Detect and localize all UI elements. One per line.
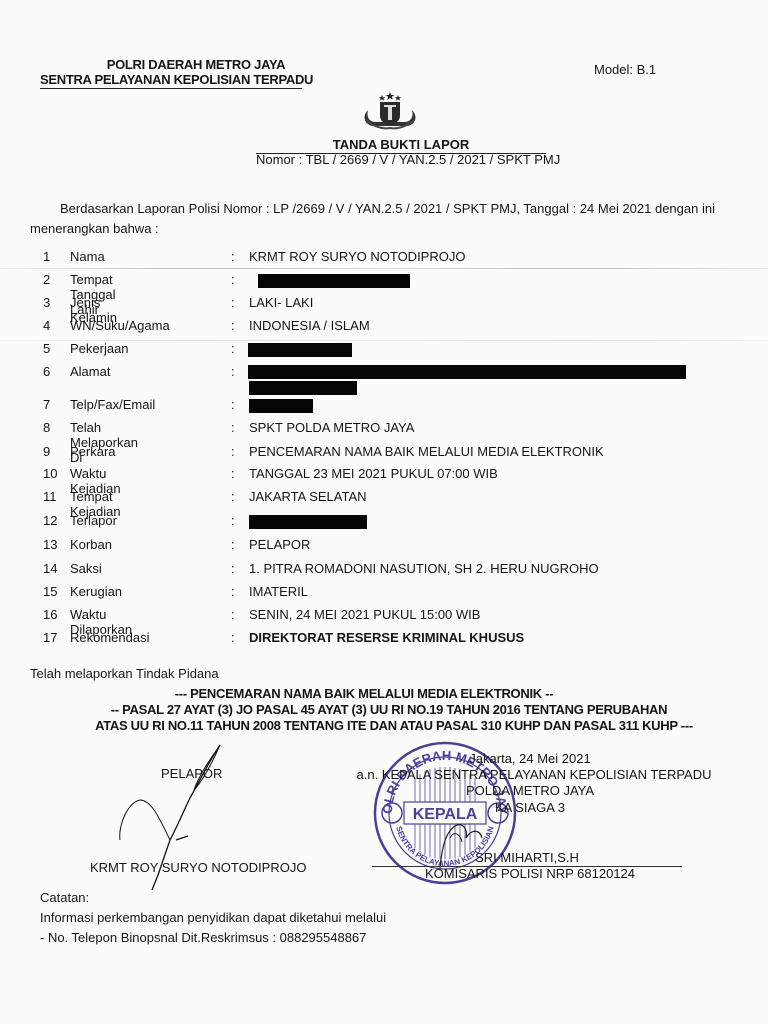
redaction-bar [249, 399, 313, 413]
offense-intro: Telah melaporkan Tindak Pidana [30, 666, 219, 681]
field-value: PENCEMARAN NAMA BAIK MELALUI MEDIA ELEKT… [249, 444, 604, 459]
field-number: 2 [43, 272, 50, 287]
field-label: Saksi [70, 561, 102, 576]
field-value: PELAPOR [249, 537, 310, 552]
field-colon: : [231, 364, 235, 379]
field-label: Telp/Fax/Email [70, 397, 155, 412]
field-number: 14 [43, 561, 57, 576]
field-number: 1 [43, 249, 50, 264]
redaction-bar [258, 274, 410, 288]
place-date: Jakarta, 24 Mei 2021 [370, 751, 690, 766]
field-value: LAKI- LAKI [249, 295, 313, 310]
field-colon: : [231, 295, 235, 310]
org-name-line1: POLRI DAERAH METRO JAYA [0, 57, 396, 72]
field-colon: : [231, 537, 235, 552]
field-colon: : [231, 513, 235, 528]
field-colon: : [231, 561, 235, 576]
redaction-bar [248, 343, 352, 357]
field-label: Kerugian [70, 584, 122, 599]
officer-position: KA SIAGA 3 [370, 800, 690, 815]
field-number: 17 [43, 630, 57, 645]
field-label: Alamat [70, 364, 110, 379]
reporter-name: KRMT ROY SURYO NOTODIPROJO [90, 860, 306, 875]
unit-name: POLDA METRO JAYA [370, 783, 690, 798]
officer-name: SRI MIHARTI,S.H [372, 850, 682, 867]
redaction-bar [248, 365, 686, 379]
offense-line-3: ATAS UU RI NO.11 TAHUN 2008 TENTANG ITE … [10, 718, 768, 733]
field-label: Terlapor [70, 513, 117, 528]
field-label: WN/Suku/Agama [70, 318, 170, 333]
notes-line-2: - No. Telepon Binopsnal Dit.Reskrimsus :… [40, 930, 366, 945]
org-name-line2: SENTRA PELAYANAN KEPOLISIAN TERPADU [40, 72, 302, 89]
field-number: 15 [43, 584, 57, 599]
field-value: SENIN, 24 MEI 2021 PUKUL 15:00 WIB [249, 607, 480, 622]
officer-rank: KOMISARIS POLISI NRP 68120124 [385, 866, 675, 881]
field-number: 9 [43, 444, 50, 459]
field-colon: : [231, 444, 235, 459]
field-colon: : [231, 489, 235, 504]
field-number: 10 [43, 466, 57, 481]
document-number: Nomor : TBL / 2669 / V / YAN.2.5 / 2021 … [256, 152, 546, 167]
field-number: 13 [43, 537, 57, 552]
field-colon: : [231, 584, 235, 599]
field-colon: : [231, 318, 235, 333]
field-value: DIREKTORAT RESERSE KRIMINAL KHUSUS [249, 630, 524, 645]
field-value: JAKARTA SELATAN [249, 489, 367, 504]
intro-paragraph: Berdasarkan Laporan Polisi Nomor : LP /2… [30, 199, 730, 239]
field-label: Korban [70, 537, 112, 552]
field-number: 11 [43, 489, 57, 504]
field-colon: : [231, 420, 235, 435]
field-label: Perkara [70, 444, 116, 459]
field-value: IMATERIL [249, 584, 308, 599]
field-label: Nama [70, 249, 105, 264]
field-number: 7 [43, 397, 50, 412]
field-number: 6 [43, 364, 50, 379]
field-colon: : [231, 466, 235, 481]
field-number: 16 [43, 607, 57, 622]
redaction-bar [249, 515, 367, 529]
field-value: 1. PITRA ROMADONI NASUTION, SH 2. HERU N… [249, 561, 599, 576]
offense-line-1: --- PENCEMARAN NAMA BAIK MELALUI MEDIA E… [0, 686, 748, 701]
field-value: SPKT POLDA METRO JAYA [249, 420, 414, 435]
field-colon: : [231, 397, 235, 412]
field-number: 4 [43, 318, 50, 333]
field-number: 8 [43, 420, 50, 435]
notes-title: Catatan: [40, 890, 89, 905]
polri-emblem-icon [358, 90, 422, 132]
field-number: 12 [43, 513, 57, 528]
field-value: INDONESIA / ISLAM [249, 318, 370, 333]
field-value: TANGGAL 23 MEI 2021 PUKUL 07:00 WIB [249, 466, 498, 481]
form-model: Model: B.1 [594, 62, 656, 77]
redaction-bar [249, 381, 357, 395]
field-colon: : [231, 341, 235, 356]
on-behalf-of: a.n. KEPALA SENTRA PELAYANAN KEPOLISIAN … [344, 767, 724, 782]
offense-line-2: -- PASAL 27 AYAT (3) JO PASAL 45 AYAT (3… [5, 702, 768, 717]
field-colon: : [231, 607, 235, 622]
field-value: KRMT ROY SURYO NOTODIPROJO [249, 249, 465, 264]
paper-fold-line [0, 268, 768, 269]
field-colon: : [231, 272, 235, 287]
field-number: 3 [43, 295, 50, 310]
field-label: Rekomendasi [70, 630, 150, 645]
field-colon: : [231, 630, 235, 645]
notes-line-1: Informasi perkembangan penyidikan dapat … [40, 910, 386, 925]
field-number: 5 [43, 341, 50, 356]
field-colon: : [231, 249, 235, 264]
field-label: Pekerjaan [70, 341, 129, 356]
